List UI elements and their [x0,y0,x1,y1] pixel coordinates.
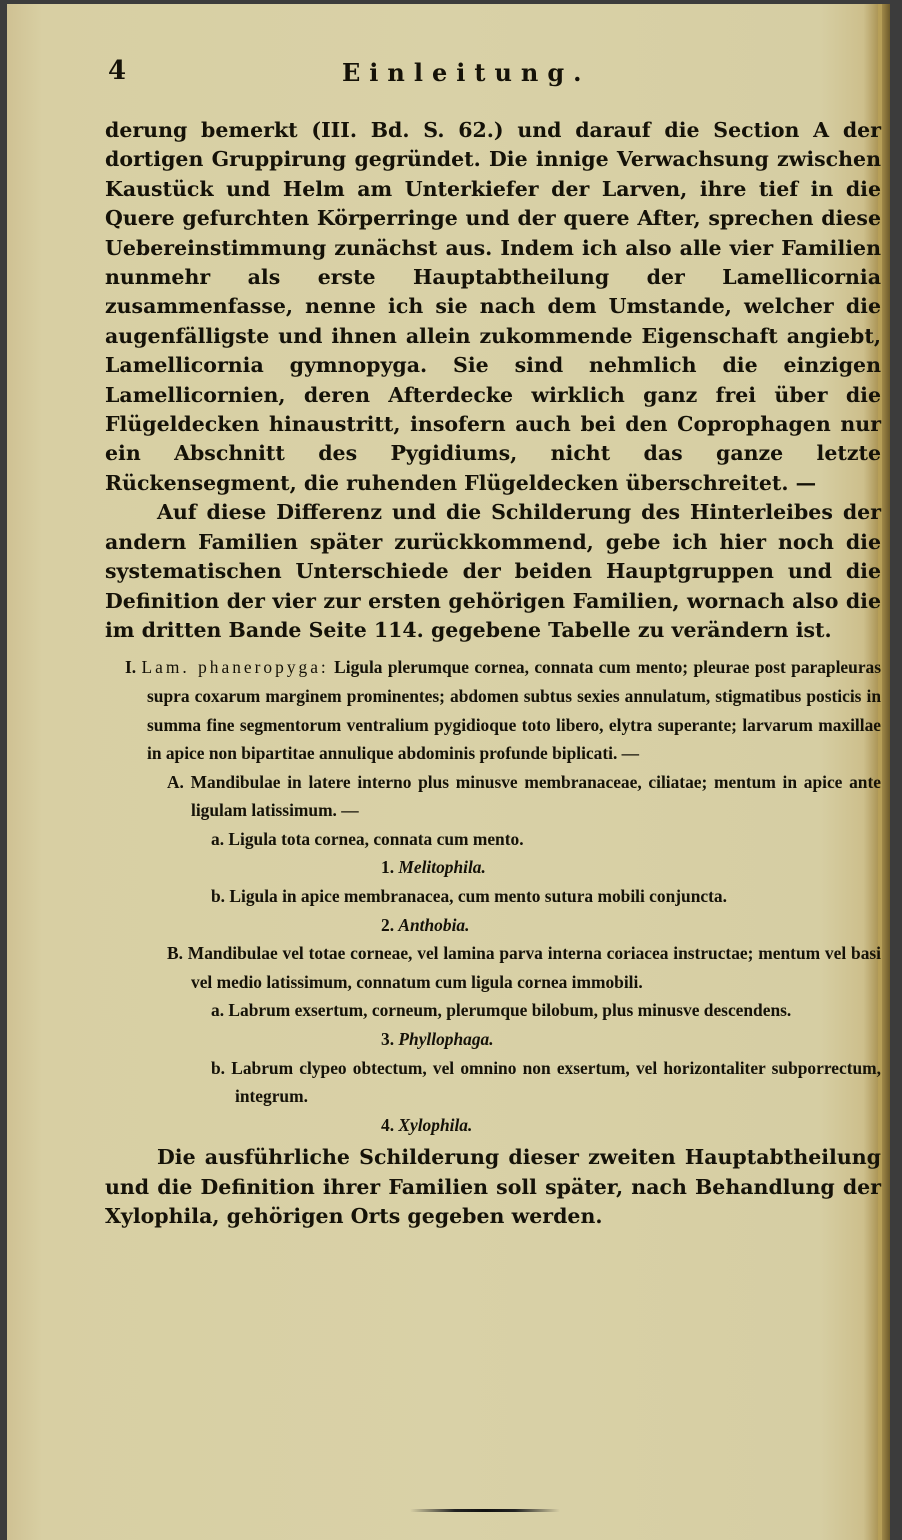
key-item-B: B. Mandibulae vel totae corneae, vel lam… [167,939,881,996]
key-label: a. [211,1000,224,1020]
book-page: 4 Einleitung. derung bemerkt (III. Bd. S… [7,4,890,1540]
family-number: 4. [381,1115,394,1135]
paragraph-2: Auf diese Differenz und die Schilderung … [105,498,881,645]
family-number: 1. [381,857,394,877]
key-text: Mandibulae vel totae corneae, vel lamina… [188,943,881,992]
family-xylophila: 4. Xylophila. [381,1111,881,1140]
key-text: Labrum exsertum, corneum, plerumque bilo… [228,1000,791,1020]
key-label: I. [125,657,136,677]
footer-rule [410,1509,560,1512]
key-text: Labrum clypeo obtectum, vel omnino non e… [231,1058,881,1107]
key-item-A-a: a. Ligula tota cornea, connata cum mento… [211,825,881,854]
key-item-I: I. Lam. phaneropyga: Ligula plerumque co… [125,653,881,767]
key-item-A-b: b. Ligula in apice membranacea, cum ment… [211,882,881,911]
key-item-A: A. Mandibulae in latere interno plus min… [167,768,881,825]
family-number: 2. [381,915,394,935]
running-title: Einleitung. [342,58,590,87]
key-text: Ligula in apice membranacea, cum mento s… [229,886,727,906]
family-name: Phyllophaga. [398,1029,493,1049]
family-name: Anthobia. [398,915,469,935]
page-number: 4 [108,56,126,86]
key-label: b. [211,1058,225,1078]
page-body: derung bemerkt (III. Bd. S. 62.) und dar… [105,116,881,1232]
page-header: 4 Einleitung. [7,54,890,94]
key-label: a. [211,829,224,849]
family-anthobia: 2. Anthobia. [381,911,881,940]
key-item-B-a: a. Labrum exsertum, corneum, plerumque b… [211,996,881,1025]
closing-paragraph: Die ausführliche Schilderung dieser zwei… [105,1143,881,1231]
paragraph-1: derung bemerkt (III. Bd. S. 62.) und dar… [105,116,881,498]
key-label: b. [211,886,225,906]
key-label: A. [167,772,184,792]
key-text: Mandibulae in latere interno plus minusv… [191,772,881,821]
family-number: 3. [381,1029,394,1049]
family-melitophila: 1. Melitophila. [381,853,881,882]
family-name: Melitophila. [398,857,485,877]
key-item-B-b: b. Labrum clypeo obtectum, vel omnino no… [211,1054,881,1111]
family-phyllophaga: 3. Phyllophaga. [381,1025,881,1054]
family-name: Xylophila. [398,1115,472,1135]
key-text: Ligula tota cornea, connata cum mento. [228,829,523,849]
key-group-name: Lam. phaneropyga: [142,657,329,677]
classification-key: I. Lam. phaneropyga: Ligula plerumque co… [105,653,881,1139]
key-label: B. [167,943,183,963]
